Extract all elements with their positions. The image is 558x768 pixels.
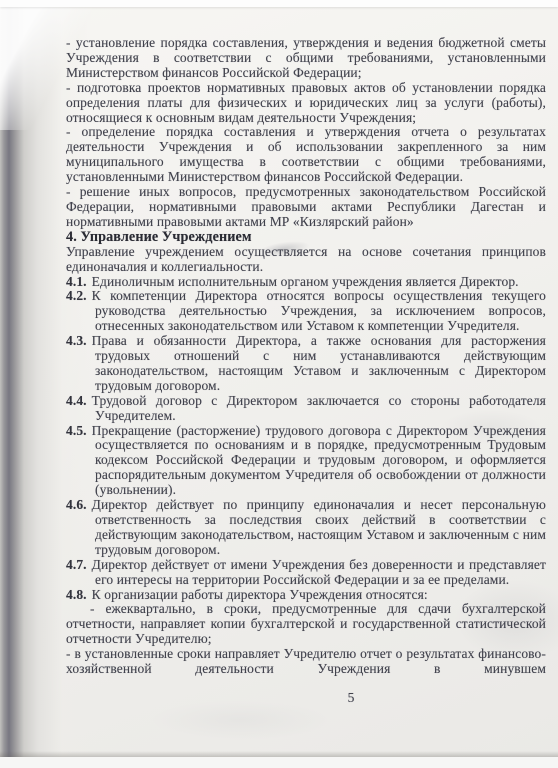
scanned-document-page: - установление порядка составления, утве… xyxy=(0,0,558,768)
paragraph-number: 4.4. xyxy=(66,393,87,408)
scan-bottom-strip xyxy=(0,757,558,768)
numbered-paragraph-4-6: 4.6.Директор действует по принципу едино… xyxy=(66,498,546,558)
paragraph-number: 4.1. xyxy=(66,274,87,289)
paragraph-number: 4.3. xyxy=(66,333,87,348)
bullet-item: - решение иных вопросов, предусмотренных… xyxy=(66,185,546,230)
bullet-item: - подготовка проектов нормативных правов… xyxy=(66,81,546,126)
bullet-item: - установление порядка составления, утве… xyxy=(66,36,546,81)
paragraph-number: 4.6. xyxy=(66,497,87,512)
numbered-paragraph-4-2: 4.2.К компетенции Директора относятся во… xyxy=(66,289,546,334)
numbered-paragraph-4-8: 4.8.К организации работы директора Учреж… xyxy=(66,588,546,603)
numbered-paragraph-4-1: 4.1.Единоличным исполнительным органом у… xyxy=(66,275,546,290)
numbered-paragraph-4-3: 4.3.Права и обязанности Директора, а так… xyxy=(66,334,546,394)
numbered-paragraph-4-7: 4.7.Директор действует от имени Учрежден… xyxy=(66,558,546,588)
paragraph-number: 4.5. xyxy=(66,423,87,438)
paragraph-number: 4.8. xyxy=(66,587,87,602)
paragraph-text: К организации работы директора Учреждени… xyxy=(92,587,428,602)
paragraph-text: Единоличным исполнительным органом учреж… xyxy=(92,274,519,289)
scan-top-strip xyxy=(0,0,558,7)
paragraph-text: К компетенции Директора относятся вопрос… xyxy=(92,288,546,333)
numbered-paragraph-4-4: 4.4.Трудовой договор с Директором заключ… xyxy=(66,394,546,424)
paragraph-text: Трудовой договор с Директором заключаетс… xyxy=(92,393,546,423)
numbered-paragraph-4-5: 4.5.Прекращение (расторжение) трудового … xyxy=(66,424,546,499)
intro-paragraph: Управление учреждением осуществляется на… xyxy=(66,245,546,275)
sub-bullet-item: - в установленные сроки направляет Учред… xyxy=(66,647,546,677)
bullet-item: - определение порядка составления и утве… xyxy=(66,125,546,185)
paragraph-number: 4.2. xyxy=(66,288,87,303)
bleed-through-smudge xyxy=(150,700,330,740)
document-text-block: - установление порядка составления, утве… xyxy=(66,36,546,706)
paragraph-text: Прекращение (расторжение) трудового дого… xyxy=(92,423,546,498)
section-heading: 4. Управление Учреждением xyxy=(66,230,546,245)
paragraph-text: Директор действует по принципу единонача… xyxy=(92,497,546,557)
paragraph-number: 4.7. xyxy=(66,557,87,572)
sub-bullet-item: - ежеквартально, в сроки, предусмотренны… xyxy=(66,602,546,647)
page-number: 5 xyxy=(111,691,558,706)
paragraph-text: Права и обязанности Директора, а также о… xyxy=(92,333,546,393)
paragraph-text: Директор действует от имени Учреждения б… xyxy=(92,557,546,587)
